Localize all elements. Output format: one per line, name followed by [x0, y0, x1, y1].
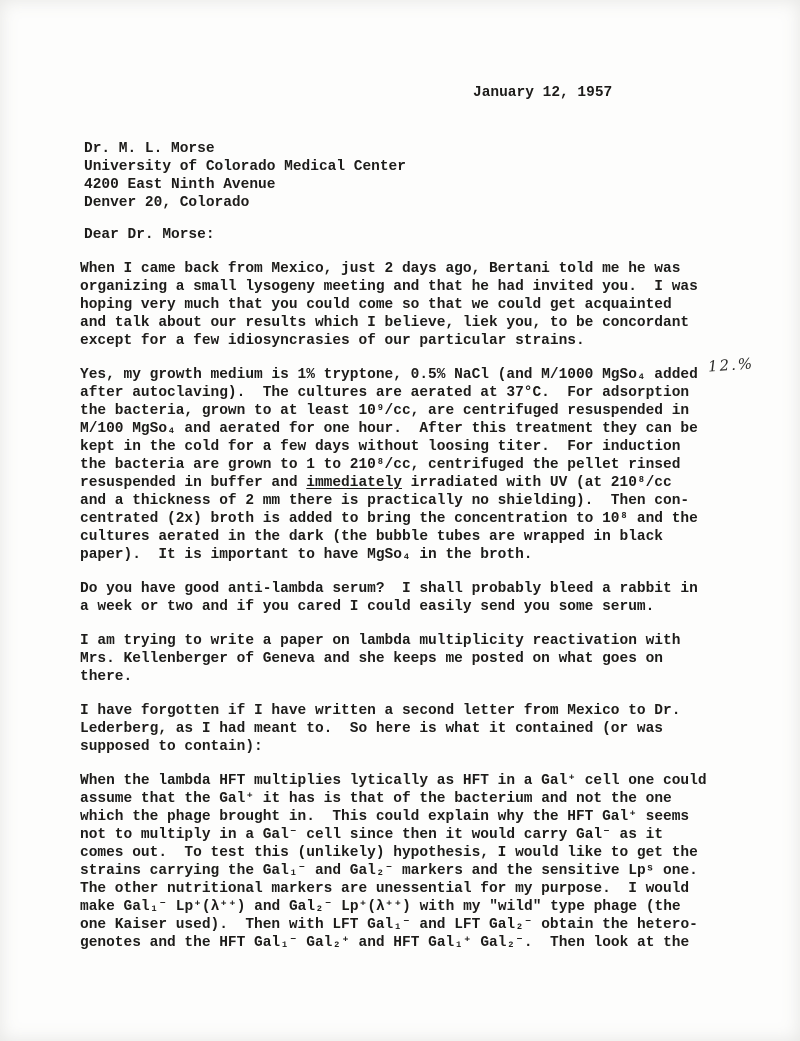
body-line: When the lambda HFT multiplies lytically… — [80, 772, 770, 790]
body-line: a week or two and if you cared I could e… — [80, 598, 770, 616]
paragraph: When I came back from Mexico, just 2 day… — [80, 260, 770, 350]
body-line: Do you have good anti-lambda serum? I sh… — [80, 580, 770, 598]
body-line: supposed to contain): — [80, 738, 770, 756]
body-line: the bacteria are grown to 1 to 210⁸/cc, … — [80, 456, 770, 474]
body-line: paper). It is important to have MgSo₄ in… — [80, 546, 770, 564]
body-line: one Kaiser used). Then with LFT Gal₁⁻ an… — [80, 916, 770, 934]
body-line: hoping very much that you could come so … — [80, 296, 770, 314]
body-line: centrated (2x) broth is added to bring t… — [80, 510, 770, 528]
body-line: The other nutritional markers are unesse… — [80, 880, 770, 898]
body-line: organizing a small lysogeny meeting and … — [80, 278, 770, 296]
body-line: make Gal₁⁻ Lp⁺(λ⁺⁺) and Gal₂⁻ Lp⁺(λ⁺⁺) w… — [80, 898, 770, 916]
body-line: not to multiply in a Gal⁻ cell since the… — [80, 826, 770, 844]
recipient-city: Denver 20, Colorado — [84, 194, 770, 212]
body-line: which the phage brought in. This could e… — [80, 808, 770, 826]
body-line: comes out. To test this (unlikely) hypot… — [80, 844, 770, 862]
letter-page: January 12, 1957 Dr. M. L. Morse Univers… — [0, 0, 800, 1041]
recipient-name: Dr. M. L. Morse — [84, 140, 770, 158]
body-line: Mrs. Kellenberger of Geneva and she keep… — [80, 650, 770, 668]
body-line: the bacteria, grown to at least 10⁹/cc, … — [80, 402, 770, 420]
letter-content: January 12, 1957 Dr. M. L. Morse Univers… — [80, 84, 770, 968]
body-line: kept in the cold for a few days without … — [80, 438, 770, 456]
body-line: after autoclaving). The cultures are aer… — [80, 384, 770, 402]
paragraph: When the lambda HFT multiplies lytically… — [80, 772, 770, 952]
paragraph: I have forgotten if I have written a sec… — [80, 702, 770, 756]
body-line: genotes and the HFT Gal₁⁻ Gal₂⁺ and HFT … — [80, 934, 770, 952]
salutation: Dear Dr. Morse: — [84, 226, 770, 244]
body-line: except for a few idiosyncrasies of our p… — [80, 332, 770, 350]
body-line: When I came back from Mexico, just 2 day… — [80, 260, 770, 278]
recipient-block: Dr. M. L. Morse University of Colorado M… — [84, 140, 770, 212]
body-line: there. — [80, 668, 770, 686]
paragraph: I am trying to write a paper on lambda m… — [80, 632, 770, 686]
body-line: I am trying to write a paper on lambda m… — [80, 632, 770, 650]
letter-body: When I came back from Mexico, just 2 day… — [80, 260, 770, 952]
body-line: and a thickness of 2 mm there is practic… — [80, 492, 770, 510]
handwritten-margin-note: 12.% — [707, 354, 754, 375]
body-line: resuspended in buffer and immediately ir… — [80, 474, 770, 492]
body-line: I have forgotten if I have written a sec… — [80, 702, 770, 720]
body-line: Lederberg, as I had meant to. So here is… — [80, 720, 770, 738]
body-line: strains carrying the Gal₁⁻ and Gal₂⁻ mar… — [80, 862, 770, 880]
underlined-text: immediately — [306, 475, 402, 491]
recipient-institution: University of Colorado Medical Center — [84, 158, 770, 176]
letter-date: January 12, 1957 — [473, 84, 770, 102]
body-line: assume that the Gal⁺ it has is that of t… — [80, 790, 770, 808]
paragraph: Yes, my growth medium is 1% tryptone, 0.… — [80, 366, 770, 564]
body-line: cultures aerated in the dark (the bubble… — [80, 528, 770, 546]
body-line: M/100 MgSo₄ and aerated for one hour. Af… — [80, 420, 770, 438]
body-line: Yes, my growth medium is 1% tryptone, 0.… — [80, 366, 770, 384]
paragraph: Do you have good anti-lambda serum? I sh… — [80, 580, 770, 616]
recipient-street: 4200 East Ninth Avenue — [84, 176, 770, 194]
body-line: and talk about our results which I belie… — [80, 314, 770, 332]
